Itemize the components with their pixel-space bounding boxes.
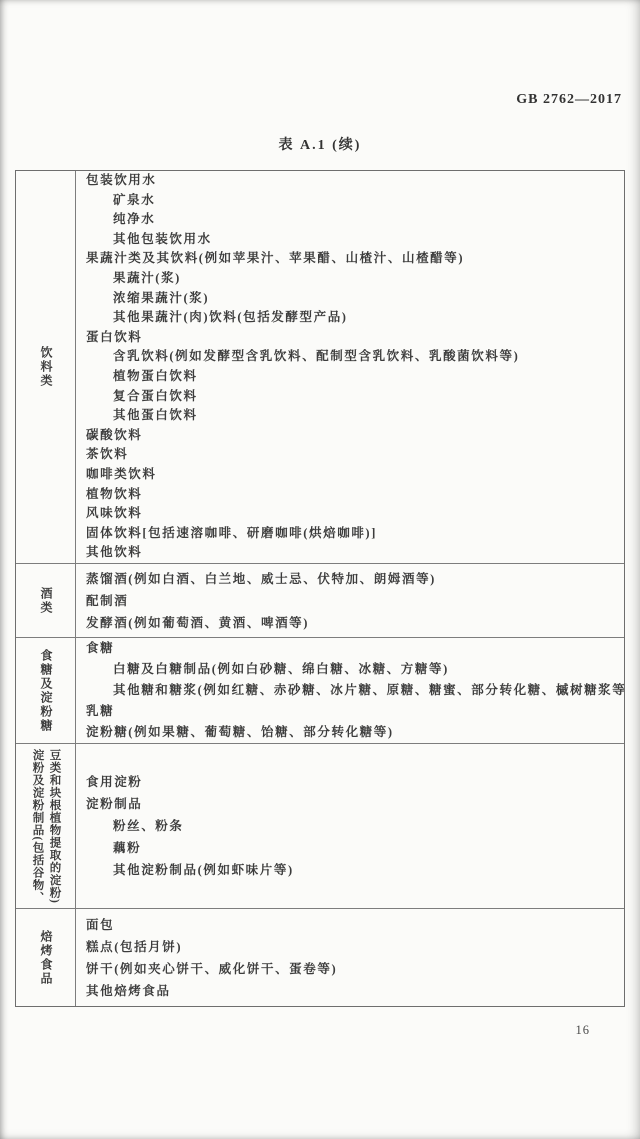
table-item: 面包 — [76, 914, 624, 936]
table-item: 果蔬汁类及其饮料(例如苹果汁、苹果醋、山楂汁、山楂醋等) — [76, 249, 624, 269]
table-item: 饼干(例如夹心饼干、威化饼干、蛋卷等) — [76, 958, 624, 980]
page-number: 16 — [576, 1023, 591, 1038]
category-cell-beverages: 饮料类 — [16, 171, 76, 563]
table-item: 其他焙烤食品 — [76, 980, 624, 1002]
table-item: 风味饮料 — [76, 504, 624, 524]
category-label: 饮料类 — [38, 346, 53, 388]
category-label: 酒类 — [38, 587, 53, 615]
table-title: 表 A.1 (续) — [15, 134, 625, 154]
table-item: 其他蛋白饮料 — [76, 406, 624, 426]
table-section-sugar: 食糖及淀粉糖 食糖白糖及白糖制品(例如白砂糖、绵白糖、冰糖、方糖等)其他糖和糖浆… — [16, 637, 624, 743]
table-item: 浓缩果蔬汁(浆) — [76, 289, 624, 309]
category-cell-starch: 淀粉及淀粉制品(包括谷物、 豆类和块根植物提取的淀粉) — [16, 744, 76, 908]
table-item: 糕点(包括月饼) — [76, 936, 624, 958]
table-section-beverages: 饮料类 包装饮用水矿泉水纯净水其他包装饮用水果蔬汁类及其饮料(例如苹果汁、苹果醋… — [16, 171, 624, 563]
table-item: 复合蛋白饮料 — [76, 387, 624, 407]
category-label: 淀粉及淀粉制品(包括谷物、 豆类和块根植物提取的淀粉) — [29, 749, 63, 904]
table-a1: 饮料类 包装饮用水矿泉水纯净水其他包装饮用水果蔬汁类及其饮料(例如苹果汁、苹果醋… — [15, 170, 625, 1007]
table-item: 果蔬汁(浆) — [76, 269, 624, 289]
table-item: 咖啡类饮料 — [76, 465, 624, 485]
table-item: 发酵酒(例如葡萄酒、黄酒、啤酒等) — [76, 612, 624, 634]
table-item: 配制酒 — [76, 590, 624, 612]
table-item: 植物蛋白饮料 — [76, 367, 624, 387]
category-label: 焙烤食品 — [38, 930, 53, 986]
table-item: 其他果蔬汁(肉)饮料(包括发酵型产品) — [76, 308, 624, 328]
table-section-alcohol: 酒类 蒸馏酒(例如白酒、白兰地、威士忌、伏特加、朗姆酒等)配制酒发酵酒(例如葡萄… — [16, 563, 624, 637]
items-cell: 食糖白糖及白糖制品(例如白砂糖、绵白糖、冰糖、方糖等)其他糖和糖浆(例如红糖、赤… — [76, 638, 624, 743]
table-item: 白糖及白糖制品(例如白砂糖、绵白糖、冰糖、方糖等) — [76, 659, 624, 680]
table-item: 乳糖 — [76, 701, 624, 722]
items-cell: 面包糕点(包括月饼)饼干(例如夹心饼干、威化饼干、蛋卷等)其他焙烤食品 — [76, 909, 624, 1006]
table-item: 其他糖和糖浆(例如红糖、赤砂糖、冰片糖、原糖、糖蜜、部分转化糖、槭树糖浆等) — [76, 680, 624, 701]
table-item: 纯净水 — [76, 210, 624, 230]
items-cell: 包装饮用水矿泉水纯净水其他包装饮用水果蔬汁类及其饮料(例如苹果汁、苹果醋、山楂汁… — [76, 171, 624, 563]
table-item: 矿泉水 — [76, 191, 624, 211]
table-item: 固体饮料[包括速溶咖啡、研磨咖啡(烘焙咖啡)] — [76, 524, 624, 544]
table-item: 茶饮料 — [76, 445, 624, 465]
table-item: 淀粉糖(例如果糖、葡萄糖、饴糖、部分转化糖等) — [76, 722, 624, 743]
category-cell-baked: 焙烤食品 — [16, 909, 76, 1006]
items-cell: 食用淀粉淀粉制品粉丝、粉条藕粉其他淀粉制品(例如虾味片等) — [76, 744, 624, 908]
table-item: 蛋白饮料 — [76, 328, 624, 348]
table-item: 含乳饮料(例如发酵型含乳饮料、配制型含乳饮料、乳酸菌饮料等) — [76, 347, 624, 367]
table-item: 其他饮料 — [76, 543, 624, 563]
table-section-starch: 淀粉及淀粉制品(包括谷物、 豆类和块根植物提取的淀粉) 食用淀粉淀粉制品粉丝、粉… — [16, 743, 624, 908]
table-item: 包装饮用水 — [76, 171, 624, 191]
category-label: 食糖及淀粉糖 — [38, 649, 53, 733]
table-item: 食用淀粉 — [76, 771, 624, 793]
category-cell-alcohol: 酒类 — [16, 564, 76, 637]
table-item: 植物饮料 — [76, 485, 624, 505]
table-item: 藕粉 — [76, 837, 624, 859]
table-item: 淀粉制品 — [76, 793, 624, 815]
table-item: 碳酸饮料 — [76, 426, 624, 446]
table-item: 其他包装饮用水 — [76, 230, 624, 250]
document-page: GB 2762—2017 表 A.1 (续) 饮料类 包装饮用水矿泉水纯净水其他… — [0, 0, 640, 1139]
table-item: 其他淀粉制品(例如虾味片等) — [76, 859, 624, 881]
category-cell-sugar: 食糖及淀粉糖 — [16, 638, 76, 743]
doc-number: GB 2762—2017 — [516, 92, 622, 108]
items-cell: 蒸馏酒(例如白酒、白兰地、威士忌、伏特加、朗姆酒等)配制酒发酵酒(例如葡萄酒、黄… — [76, 564, 624, 637]
table-section-baked: 焙烤食品 面包糕点(包括月饼)饼干(例如夹心饼干、威化饼干、蛋卷等)其他焙烤食品 — [16, 908, 624, 1006]
table-item: 蒸馏酒(例如白酒、白兰地、威士忌、伏特加、朗姆酒等) — [76, 568, 624, 590]
table-item: 粉丝、粉条 — [76, 815, 624, 837]
table-item: 食糖 — [76, 638, 624, 659]
